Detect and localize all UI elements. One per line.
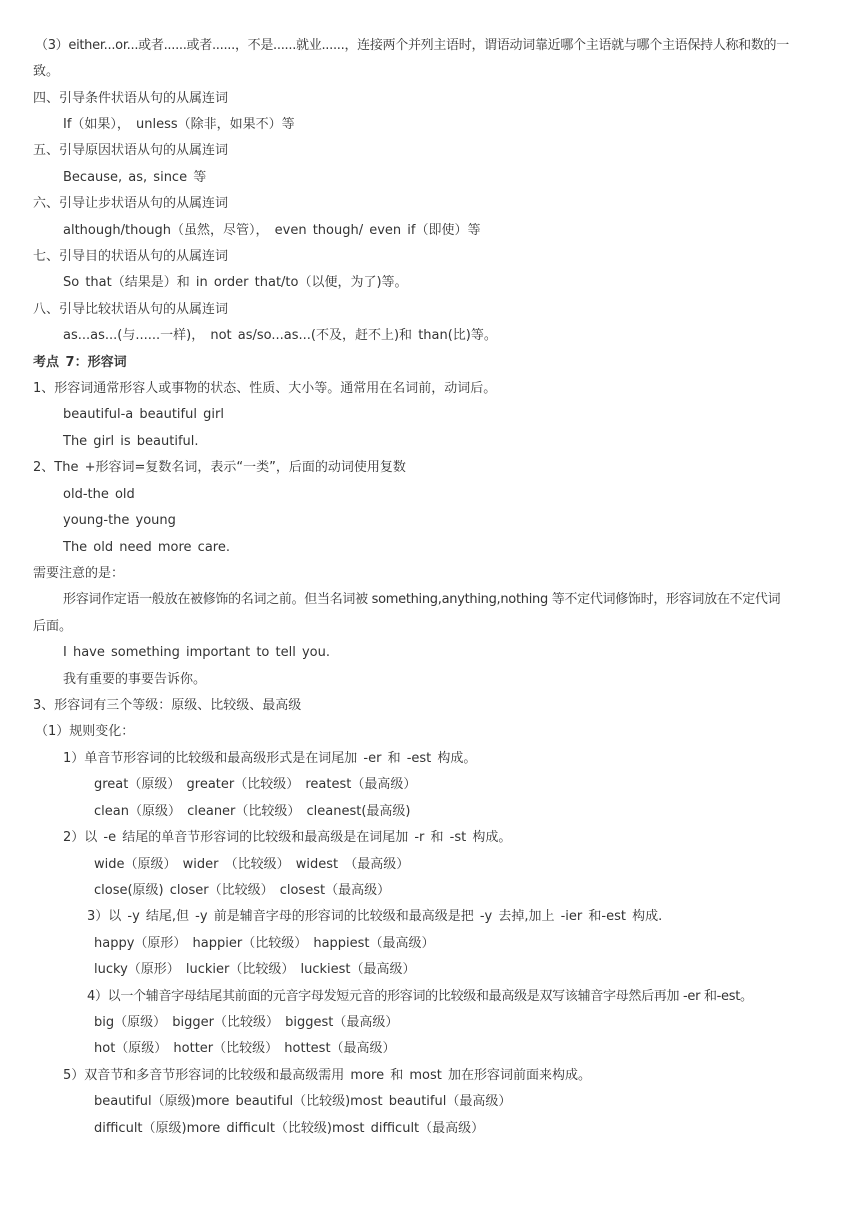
example-line: clean（原级） cleaner（比较级） cleanest(最高级) [94, 803, 411, 821]
section-title-adjectives: 考点 7：形容词 [33, 354, 127, 372]
concession-examples: although/though（虽然，尽管）， even though/ eve… [63, 222, 480, 240]
example-line: beautiful（原级)more beautiful（比较级)most bea… [94, 1093, 511, 1111]
rule-5: 5）双音节和多音节形容词的比较级和最高级需用 more 和 most 加在形容词… [63, 1067, 591, 1085]
heading-comparison-conjunctions: 八、引导比较状语从句的从属连词 [33, 301, 228, 319]
example-line: lucky（原形） luckier（比较级） luckiest（最高级） [94, 961, 416, 979]
subheading-regular-changes: （1）规则变化： [35, 723, 134, 741]
rule-4: 4）以一个辅音字母结尾其前面的元音字母发短元音的形容词的比较级和最高级是双写该辅… [87, 988, 753, 1006]
adjective-point-1: 1、形容词通常形容人或事物的状态、性质、大小等。通常用在名词前，动词后。 [33, 380, 496, 398]
example-line: happy（原形） happier（比较级） happiest（最高级） [94, 935, 435, 953]
example-line: difficult（原级)more difficult（比较级)most dif… [94, 1120, 484, 1138]
adjective-point-2: 2、The +形容词=复数名词，表示“一类”，后面的动词使用复数 [33, 459, 406, 477]
note-paragraph-cont: 后面。 [33, 618, 72, 636]
example-line: old-the old [63, 486, 135, 504]
conditional-examples: If（如果）， unless（除非，如果不）等 [63, 116, 295, 134]
heading-purpose-conjunctions: 七、引导目的状语从句的从属连词 [33, 248, 228, 266]
para-either-or-rule: （3）either...or...或者......或者......，不是....… [35, 37, 789, 55]
purpose-examples: So that（结果是）和 in order that/to（以便，为了)等。 [63, 274, 408, 292]
note-paragraph: 形容词作定语一般放在被修饰的名词之前。但当名词被 something,anyth… [63, 591, 780, 609]
heading-cause-conjunctions: 五、引导原因状语从句的从属连词 [33, 142, 228, 160]
example-translation: 我有重要的事要告诉你。 [63, 671, 206, 689]
note-heading: 需要注意的是： [33, 565, 124, 583]
example-line: big（原级） bigger（比较级） biggest（最高级） [94, 1014, 398, 1032]
rule-1: 1）单音节形容词的比较级和最高级形式是在词尾加 -er 和 -est 构成。 [63, 750, 476, 768]
example-line: I have something important to tell you. [63, 644, 330, 662]
example-line: young-the young [63, 512, 176, 530]
rule-3: 3）以 -y 结尾,但 -y 前是辅音字母的形容词的比较级和最高级是把 -y 去… [87, 908, 662, 926]
cause-examples: Because, as, since 等 [63, 169, 206, 187]
example-line: hot（原级） hotter（比较级） hottest（最高级） [94, 1040, 396, 1058]
para-either-or-rule-cont: 致。 [33, 63, 59, 81]
example-line: beautiful-a beautiful girl [63, 406, 224, 424]
heading-conditional-conjunctions: 四、引导条件状语从句的从属连词 [33, 90, 228, 108]
example-line: wide（原级） wider （比较级） widest （最高级） [94, 856, 409, 874]
example-line: great（原级） greater（比较级） reatest（最高级） [94, 776, 416, 794]
adjective-point-3: 3、形容词有三个等级：原级、比较级、最高级 [33, 697, 301, 715]
example-line: close(原级) closer（比较级） closest（最高级） [94, 882, 390, 900]
rule-2: 2）以 -e 结尾的单音节形容词的比较级和最高级是在词尾加 -r 和 -st 构… [63, 829, 511, 847]
heading-concession-conjunctions: 六、引导让步状语从句的从属连词 [33, 195, 228, 213]
comparison-examples: as...as...(与......一样)， not as/so...as...… [63, 327, 497, 345]
example-line: The girl is beautiful. [63, 433, 199, 451]
example-line: The old need more care. [63, 539, 230, 557]
